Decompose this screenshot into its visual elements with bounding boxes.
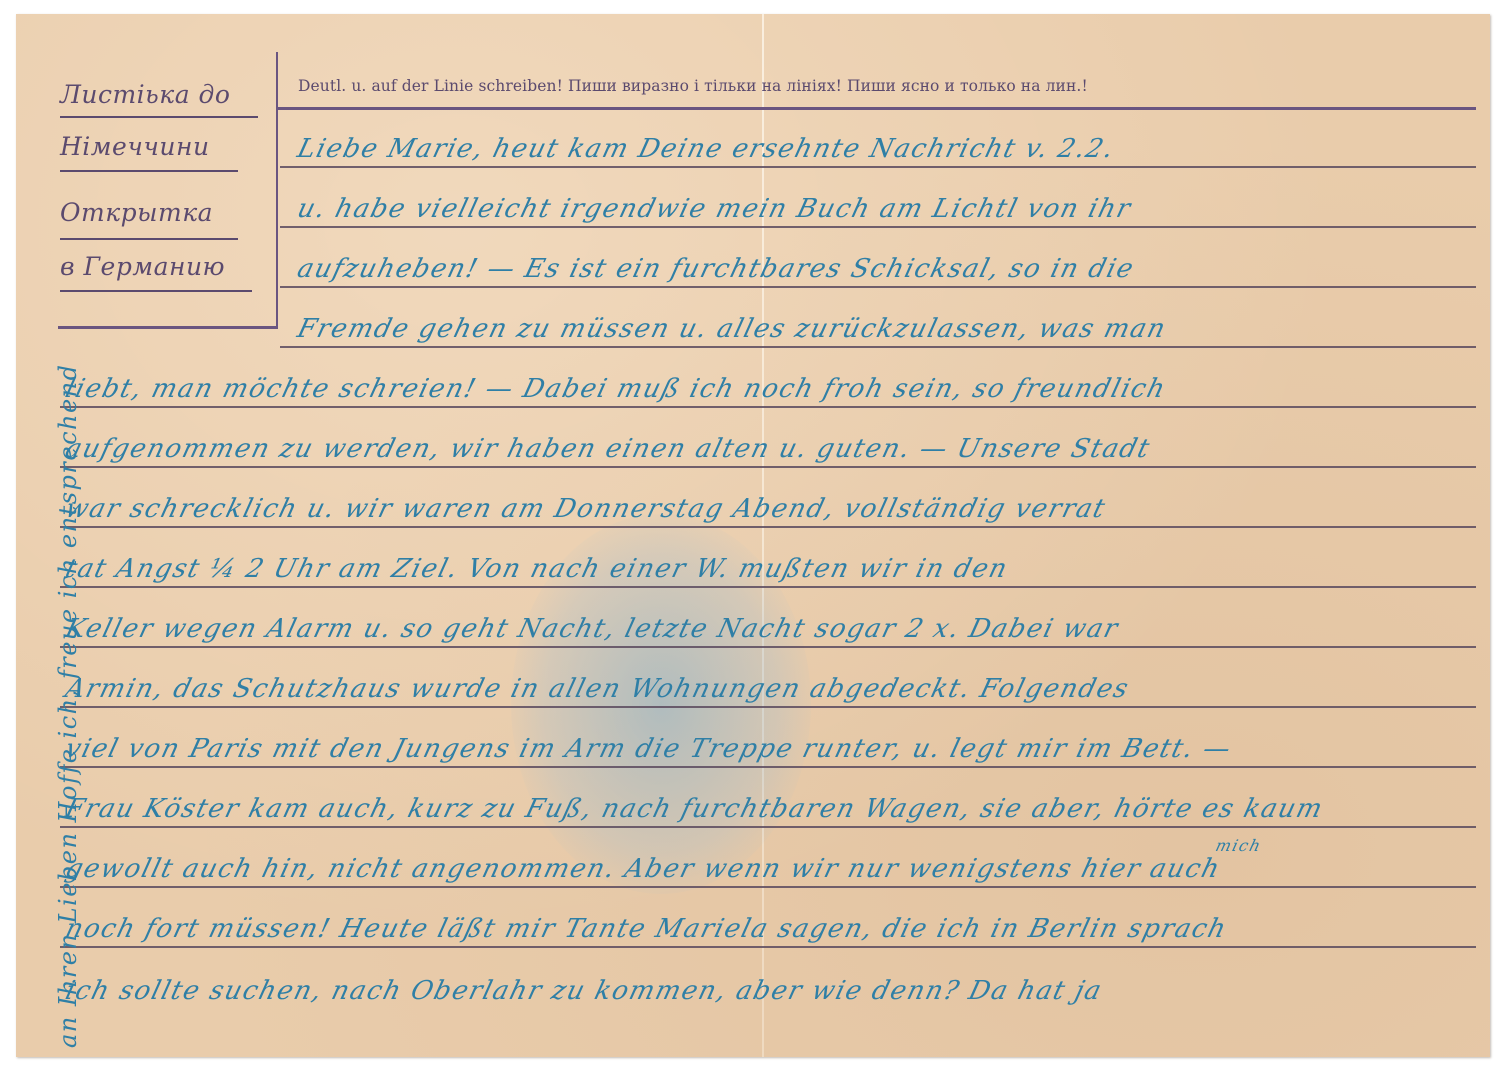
ruled-line	[60, 706, 1476, 708]
title-rule	[60, 170, 238, 172]
title-rule	[60, 238, 238, 240]
title-line-4: в Германию	[60, 252, 225, 281]
ruled-line	[60, 766, 1476, 768]
ruled-line	[60, 466, 1476, 468]
title-block: Листіька до Німеччини Открытка в Германи…	[58, 66, 278, 329]
ruled-line	[60, 646, 1476, 648]
handwriting-line: viel von Paris mit den Jungens im Arm di…	[62, 734, 1235, 764]
ruled-line	[280, 286, 1476, 288]
fold-crease	[762, 14, 764, 1057]
header-instruction: Deutl. u. auf der Linie schreiben! Пиши …	[298, 77, 1088, 95]
margin-note: an Ihren Lieben Hoffe ich, freue ich ent…	[54, 408, 82, 1048]
ruled-line	[280, 346, 1476, 348]
handwriting-line: Keller wegen Alarm u. so geht Nacht, let…	[62, 614, 1122, 644]
ruled-line	[60, 406, 1476, 408]
handwriting-line: liebt, man möchte schreien! — Dabei muß …	[62, 374, 1169, 404]
ruled-line	[60, 826, 1476, 828]
title-line-1: Листіька до	[60, 80, 230, 109]
ruled-line	[60, 886, 1476, 888]
handwriting-line: Armin, das Schutzhaus wurde in allen Woh…	[62, 674, 1132, 704]
interlinear-note: mich	[1214, 836, 1264, 855]
title-rule	[60, 290, 252, 292]
handwriting-line: Liebe Marie, heut kam Deine ersehnte Nac…	[294, 134, 1117, 164]
header-divider	[276, 52, 278, 110]
handwriting-line: gewollt auch hin, nicht angenommen. Aber…	[62, 854, 1224, 884]
handwriting-line: Fremde gehen zu müssen u. alles zurückzu…	[294, 314, 1169, 344]
ruled-line	[280, 166, 1476, 168]
handwriting-line: noch fort müssen! Heute läßt mir Tante M…	[62, 914, 1230, 944]
handwriting-line: u. habe vielleicht irgendwie mein Buch a…	[294, 194, 1134, 224]
handwriting-line: aufgenommen zu werden, wir haben einen a…	[62, 434, 1153, 464]
header-rule	[278, 107, 1476, 110]
title-line-2: Німеччини	[60, 132, 210, 161]
ruled-line	[60, 526, 1476, 528]
ruled-line	[280, 226, 1476, 228]
ruled-line	[60, 946, 1476, 948]
handwriting-line: Frau Köster kam auch, kurz zu Fuß, nach …	[62, 794, 1326, 824]
ruled-line	[60, 586, 1476, 588]
title-line-3: Открытка	[60, 198, 213, 227]
handwriting-line: tat Angst ¼ 2 Uhr am Ziel. Von nach eine…	[62, 554, 1011, 584]
postcard: Листіька до Німеччини Открытка в Германи…	[16, 14, 1490, 1057]
handwriting-line: ich sollte suchen, nach Oberlahr zu komm…	[62, 976, 1105, 1006]
handwriting-line: aufzuheben! — Es ist ein furchtbares Sch…	[294, 254, 1137, 284]
handwriting-line: war schrecklich u. wir waren am Donnerst…	[62, 494, 1109, 524]
title-rule	[60, 116, 258, 118]
